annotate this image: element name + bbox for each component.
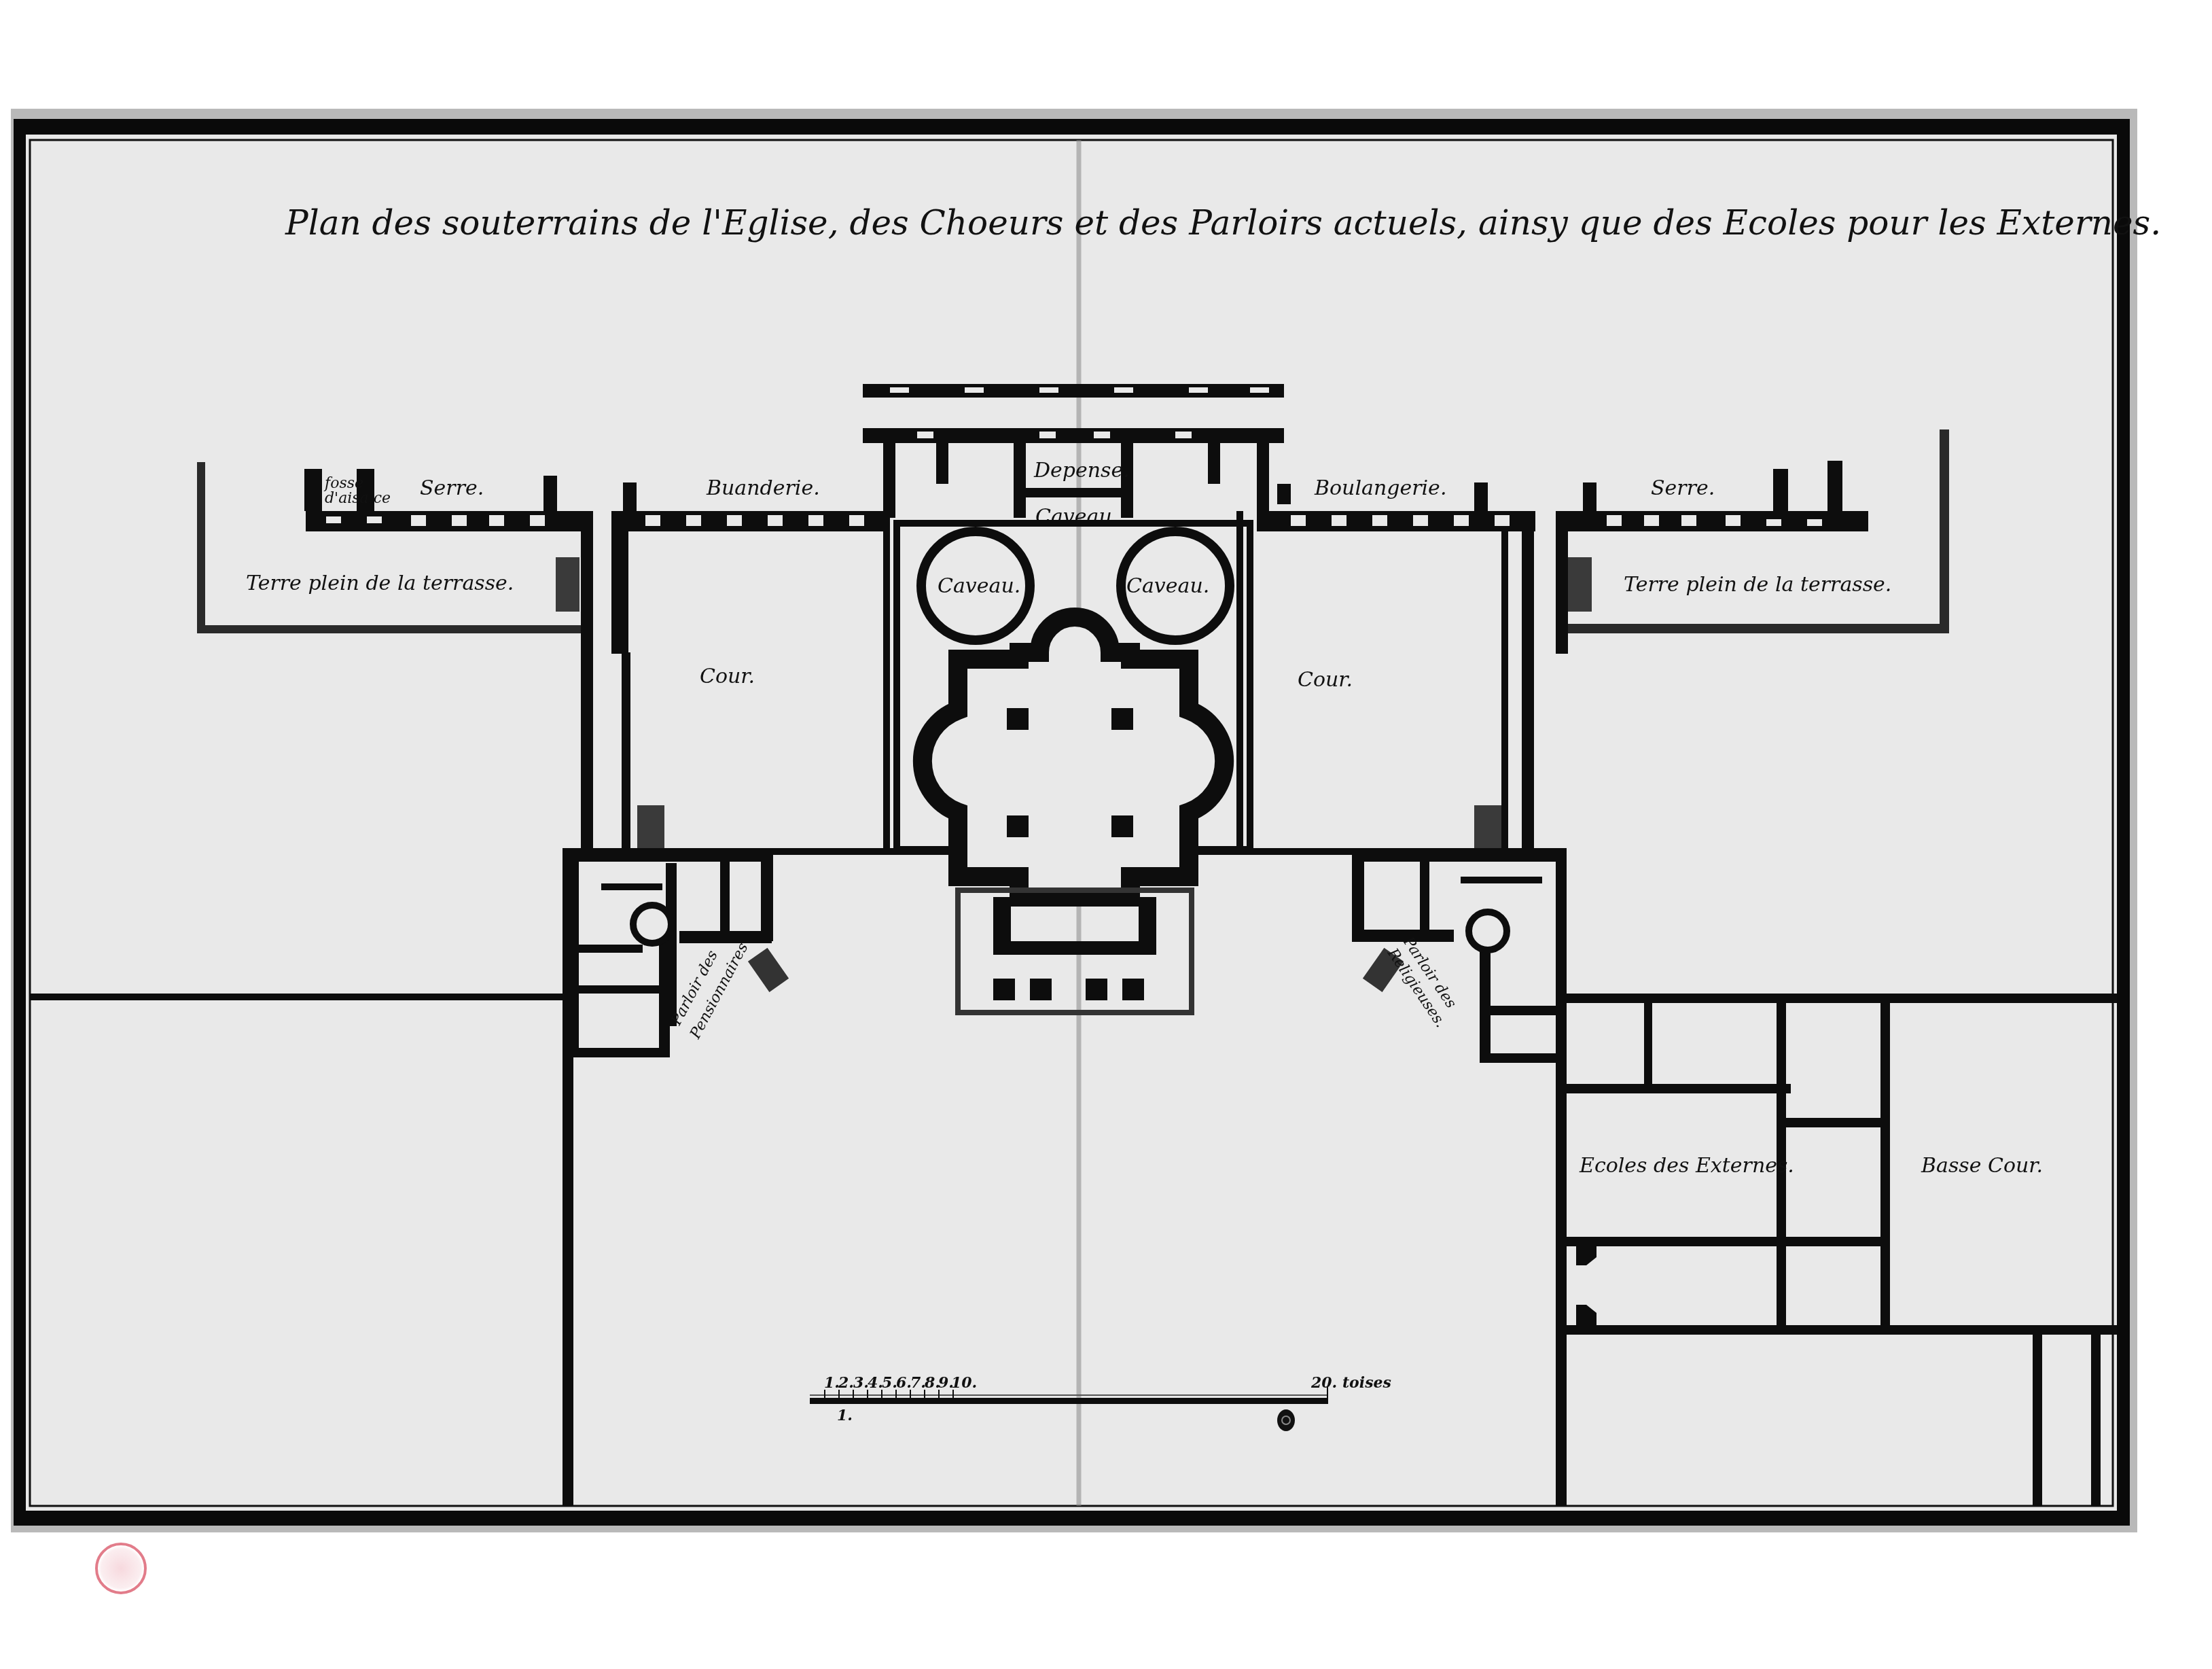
label-depense: Depense. — [1033, 459, 1130, 482]
plan-title: Plan des souterrains de l'Eglise, des Ch… — [285, 203, 2161, 243]
floor-plan-sheet: Plan des souterrains de l'Eglise, des Ch… — [0, 0, 2212, 1669]
svg-text:4.: 4. — [868, 1374, 883, 1392]
label-ecoles-externes: Ecoles des Externes. — [1579, 1154, 1794, 1178]
compass-rose-icon — [1277, 1409, 1295, 1431]
label-caveau-right: Caveau. — [1126, 574, 1209, 598]
label-caveau-left: Caveau. — [938, 574, 1020, 598]
svg-text:1.: 1. — [824, 1374, 840, 1392]
svg-text:2.: 2. — [838, 1374, 854, 1392]
svg-text:20. toises: 20. toises — [1310, 1374, 1391, 1392]
label-basse-cour: Basse Cour. — [1921, 1154, 2043, 1178]
library-stamp-icon — [95, 1543, 147, 1594]
label-cour-left: Cour. — [700, 665, 755, 688]
label-fosse-2: d'aisa.ce — [325, 490, 391, 507]
label-serre-right: Serre. — [1651, 476, 1715, 500]
svg-text:1.: 1. — [837, 1407, 853, 1424]
label-serre-left: Serre. — [420, 476, 484, 500]
label-boulangerie: Boulangerie. — [1314, 476, 1446, 500]
svg-text:5.: 5. — [882, 1374, 897, 1392]
label-cour-right: Cour. — [1298, 668, 1353, 692]
svg-text:6.: 6. — [896, 1374, 912, 1392]
label-buanderie: Buanderie. — [706, 476, 820, 500]
svg-text:3.: 3. — [853, 1374, 869, 1392]
svg-text:10.: 10. — [951, 1374, 977, 1392]
label-terre-plein-left: Terre plein de la terrasse. — [246, 572, 514, 595]
label-terre-plein-right: Terre plein de la terrasse. — [1624, 573, 1891, 597]
svg-text:7.: 7. — [910, 1374, 926, 1392]
